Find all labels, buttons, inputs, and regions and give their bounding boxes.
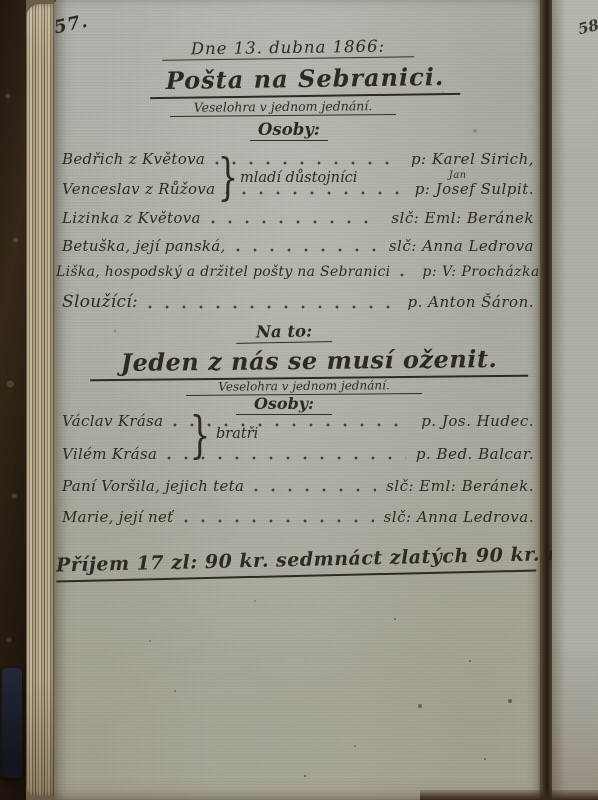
role-name: Betuška, její panská,: [62, 237, 226, 255]
play2-title: Jeden z nás se musí oženit.: [90, 344, 528, 382]
actor-name: p. Jos. Hudec.: [421, 412, 534, 430]
actor-name: slč: Anna Ledrova: [389, 237, 534, 255]
income-line: Příjem 17 zl: 90 kr. sedmnáct zlatých 90…: [56, 544, 537, 583]
cast-group-brace: }: [190, 410, 211, 460]
leader-dots: [254, 488, 376, 492]
role-name: Marie, její neť: [62, 508, 174, 526]
role-name: Liška, hospodský a držitel pošty na Sebr…: [56, 264, 390, 280]
leader-dots: [184, 519, 374, 523]
role-name: Sloužící:: [62, 292, 138, 312]
actor-name: slč: Eml: Beránek.: [386, 477, 534, 495]
play1-title: Pošta na Sebranici.: [150, 62, 460, 99]
actor-name: p: Karel Sirich,: [411, 150, 534, 168]
book-photo: 57. Dne 13. dubna 1866: Pošta na Sebrani…: [0, 0, 598, 800]
role-name: Václav Krása: [62, 412, 163, 430]
cast-row: Marie, její neť slč: Anna Ledrova.: [62, 508, 534, 526]
actor-name: slč: Anna Ledrova.: [384, 508, 534, 526]
actor-name: p. Anton Šáron.: [408, 293, 534, 311]
play1-cast-header: Osoby:: [250, 120, 328, 141]
paper-foxing-specks: [54, 0, 56, 2]
actor-name-text: p: Josef Sulpit.: [415, 180, 534, 198]
actor-name: p: Josef Sulpit. Jan: [415, 180, 534, 198]
cast-row: Paní Voršila, jejich teta slč: Eml: Berá…: [62, 477, 534, 495]
role-name: Vilém Krása: [62, 445, 157, 463]
actor-correction: Jan: [449, 170, 467, 181]
cast-row: Vilém Krása p. Bed. Balcar.: [62, 445, 534, 463]
leader-dots: [215, 161, 401, 165]
cast-group-label: mladí důstojníci: [240, 170, 357, 186]
binding-dark-patch: [2, 668, 22, 778]
book-bottom-edge: [420, 790, 598, 800]
role-name: Paní Voršila, jejich teta: [62, 477, 244, 495]
play2-heading: Na to:: [236, 321, 332, 344]
page-number: 57.: [52, 11, 90, 39]
book-spine-binding: [0, 0, 26, 800]
cast-row: Bedřich z Květova p: Karel Sirich,: [62, 150, 534, 168]
role-name: Bedřich z Květova: [62, 150, 205, 168]
next-page-number: 58: [576, 16, 598, 39]
leader-dots: [211, 220, 382, 224]
leader-dots: [148, 305, 397, 309]
cast-row: Sloužící: p. Anton Šáron.: [62, 292, 534, 312]
actor-name: p. Bed. Balcar.: [416, 445, 534, 463]
cast-row: Václav Krása p. Jos. Hudec.: [62, 412, 534, 430]
cast-row: Betuška, její panská, slč: Anna Ledrova: [62, 237, 534, 255]
play1-subtitle: Veselohra v jednom jednání.: [170, 98, 396, 117]
cast-row: Liška, hospodský a držitel pošty na Sebr…: [56, 264, 534, 280]
leader-dots: [236, 248, 379, 252]
manuscript-page: 57. Dne 13. dubna 1866: Pošta na Sebrani…: [54, 0, 540, 800]
cast-group-label: bratři: [216, 426, 258, 442]
cast-group-brace: }: [218, 152, 239, 202]
leader-dots: [225, 191, 404, 195]
actor-name: slč: Eml: Beránek: [391, 209, 534, 227]
role-name: Lizinka z Květova: [62, 209, 201, 227]
date-line: Dne 13. dubna 1866:: [162, 36, 414, 61]
leader-dots: [400, 273, 412, 277]
actor-name: p: V: Procházka: [422, 264, 539, 280]
cast-row: Lizinka z Květova slč: Eml: Beránek: [62, 209, 534, 227]
role-name: Venceslav z Růžova: [62, 180, 215, 198]
next-page-edge: 58: [552, 0, 598, 800]
